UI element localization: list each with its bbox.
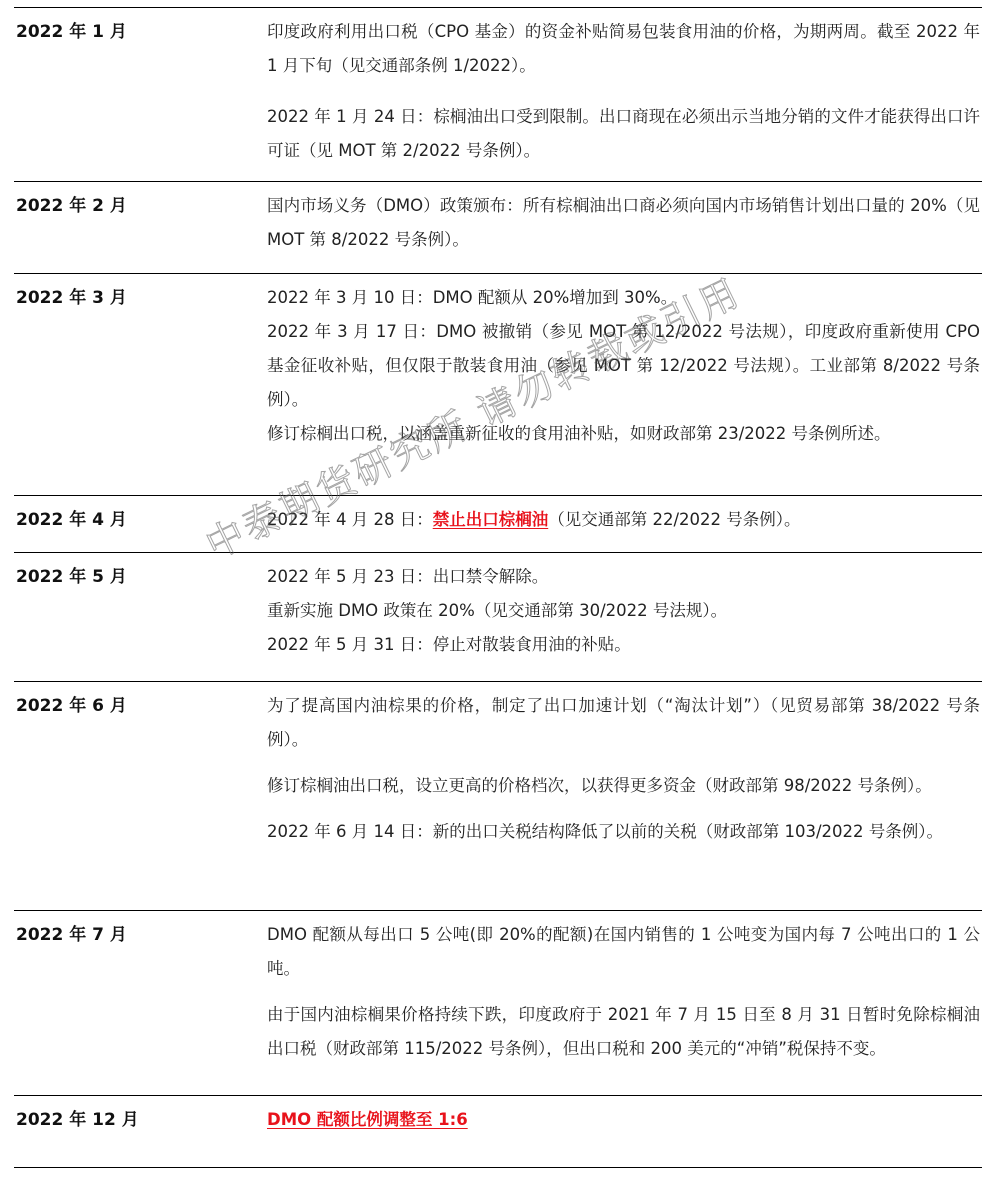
paragraph: 国内市场义务（DMO）政策颁布：所有棕榈油出口商必须向国内市场销售计划出口量的 … bbox=[267, 189, 980, 257]
paragraph: 为了提高国内油棕果的价格，制定了出口加速计划（“淘汰计划”）（见贸易部第 38/… bbox=[267, 689, 980, 757]
row-content: 国内市场义务（DMO）政策颁布：所有棕榈油出口商必须向国内市场销售计划出口量的 … bbox=[267, 189, 980, 257]
paragraph-suffix: （见交通部第 22/2022 号条例）。 bbox=[548, 510, 800, 529]
row-content: DMO 配额从每出口 5 公吨(即 20%的配额)在国内销售的 1 公吨变为国内… bbox=[267, 918, 980, 1066]
row-date: 2022 年 12 月 bbox=[16, 1105, 139, 1130]
row-content: 2022 年 3 月 10 日：DMO 配额从 20%增加到 30%。 2022… bbox=[267, 281, 980, 451]
table-row: 2022 年 4 月 2022 年 4 月 28 日：禁止出口棕榈油（见交通部第… bbox=[14, 495, 982, 553]
paragraph: 修订棕榈出口税，以涵盖重新征收的食用油补贴，如财政部第 23/2022 号条例所… bbox=[267, 417, 980, 451]
row-date: 2022 年 5 月 bbox=[16, 562, 127, 587]
highlight-export-ban: 禁止出口棕榈油 bbox=[433, 510, 549, 529]
paragraph: 修订棕榈油出口税，设立更高的价格档次，以获得更多资金（财政部第 98/2022 … bbox=[267, 769, 980, 803]
paragraph-prefix: 2022 年 4 月 28 日： bbox=[267, 510, 433, 529]
paragraph: 2022 年 6 月 14 日：新的出口关税结构降低了以前的关税（财政部第 10… bbox=[267, 815, 980, 849]
paragraph: 由于国内油棕榈果价格持续下跌，印度政府于 2021 年 7 月 15 日至 8 … bbox=[267, 998, 980, 1066]
row-date: 2022 年 1 月 bbox=[16, 17, 127, 42]
highlight-dmo-ratio: DMO 配额比例调整至 1:6 bbox=[267, 1110, 468, 1129]
row-date: 2022 年 4 月 bbox=[16, 505, 127, 530]
row-content: 2022 年 5 月 23 日：出口禁令解除。 重新实施 DMO 政策在 20%… bbox=[267, 560, 980, 662]
row-content: 2022 年 4 月 28 日：禁止出口棕榈油（见交通部第 22/2022 号条… bbox=[267, 503, 980, 537]
paragraph: 2022 年 3 月 17 日：DMO 被撤销（参见 MOT 第 12/2022… bbox=[267, 315, 980, 417]
table-row: 2022 年 5 月 2022 年 5 月 23 日：出口禁令解除。 重新实施 … bbox=[14, 552, 982, 682]
row-content: DMO 配额比例调整至 1:6 bbox=[267, 1103, 980, 1137]
row-content: 印度政府利用出口税（CPO 基金）的资金补贴简易包装食用油的价格，为期两周。截至… bbox=[267, 15, 980, 168]
table-row: 2022 年 1 月 印度政府利用出口税（CPO 基金）的资金补贴简易包装食用油… bbox=[14, 7, 982, 182]
table-row: 2022 年 2 月 国内市场义务（DMO）政策颁布：所有棕榈油出口商必须向国内… bbox=[14, 181, 982, 274]
paragraph: 2022 年 5 月 23 日：出口禁令解除。 bbox=[267, 560, 980, 594]
paragraph: 2022 年 4 月 28 日：禁止出口棕榈油（见交通部第 22/2022 号条… bbox=[267, 503, 980, 537]
table-row: 2022 年 3 月 2022 年 3 月 10 日：DMO 配额从 20%增加… bbox=[14, 273, 982, 496]
paragraph: 2022 年 1 月 24 日：棕榈油出口受到限制。出口商现在必须出示当地分销的… bbox=[267, 100, 980, 168]
row-date: 2022 年 7 月 bbox=[16, 920, 127, 945]
paragraph: 2022 年 5 月 31 日：停止对散装食用油的补贴。 bbox=[267, 628, 980, 662]
paragraph: 2022 年 3 月 10 日：DMO 配额从 20%增加到 30%。 bbox=[267, 281, 980, 315]
paragraph: DMO 配额从每出口 5 公吨(即 20%的配额)在国内销售的 1 公吨变为国内… bbox=[267, 918, 980, 986]
paragraph: DMO 配额比例调整至 1:6 bbox=[267, 1103, 980, 1137]
table-row: 2022 年 7 月 DMO 配额从每出口 5 公吨(即 20%的配额)在国内销… bbox=[14, 910, 982, 1096]
row-date: 2022 年 6 月 bbox=[16, 691, 127, 716]
table-row: 2022 年 12 月 DMO 配额比例调整至 1:6 bbox=[14, 1095, 982, 1168]
row-date: 2022 年 2 月 bbox=[16, 191, 127, 216]
table-row: 2022 年 6 月 为了提高国内油棕果的价格，制定了出口加速计划（“淘汰计划”… bbox=[14, 681, 982, 911]
paragraph: 重新实施 DMO 政策在 20%（见交通部第 30/2022 号法规）。 bbox=[267, 594, 980, 628]
row-content: 为了提高国内油棕果的价格，制定了出口加速计划（“淘汰计划”）（见贸易部第 38/… bbox=[267, 689, 980, 849]
row-date: 2022 年 3 月 bbox=[16, 283, 127, 308]
paragraph: 印度政府利用出口税（CPO 基金）的资金补贴简易包装食用油的价格，为期两周。截至… bbox=[267, 15, 980, 83]
